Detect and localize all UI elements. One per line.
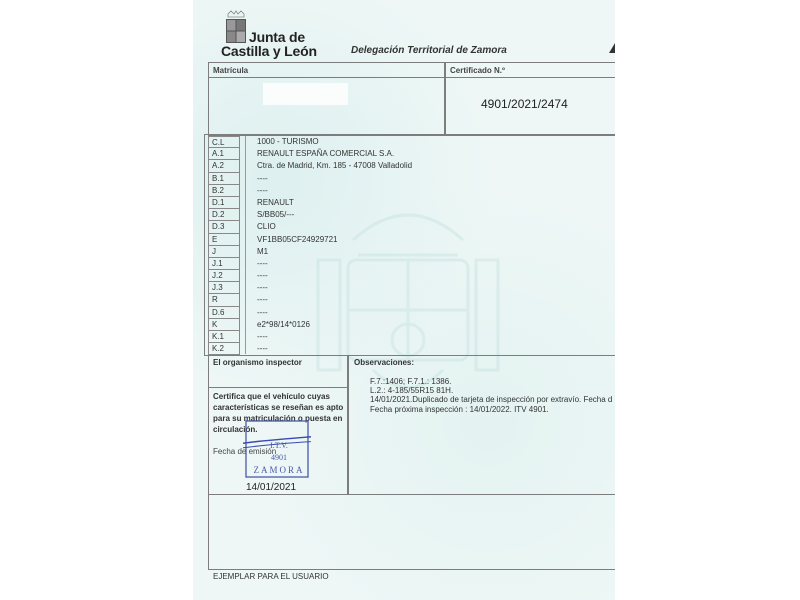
field-value: VF1BB05CF24929721 <box>257 234 338 246</box>
field-value: RENAULT ESPAÑA COMERCIAL S.A. <box>257 148 394 160</box>
field-value: ---- <box>257 294 268 306</box>
field-row: J.1---- <box>208 258 615 270</box>
field-code: B.2 <box>208 185 240 197</box>
fields-table: C.L1000 - TURISMOA.1RENAULT ESPAÑA COMER… <box>208 136 615 355</box>
corner-mark-icon <box>609 43 615 53</box>
field-row: J.3---- <box>208 282 615 294</box>
field-code: J.3 <box>208 282 240 294</box>
observacion-line: F.7.:1406; F.7.1.: 1386. <box>370 377 612 386</box>
field-row: R---- <box>208 294 615 306</box>
field-row: JM1 <box>208 246 615 258</box>
certificado-label: Certificado N.º <box>450 66 505 75</box>
svg-text:4901: 4901 <box>271 453 287 462</box>
field-code: C.L <box>208 136 240 148</box>
field-row: K.1---- <box>208 331 615 343</box>
observacion-line: L.2.: 4-185/55R15 81H. <box>370 386 612 395</box>
field-code: K <box>208 319 240 331</box>
brand-name-line2: Castilla y León <box>221 43 317 59</box>
observaciones-divider <box>348 355 349 495</box>
field-value: 1000 - TURISMO <box>257 136 319 148</box>
field-code: A.1 <box>208 148 240 160</box>
delegation-title: Delegación Territorial de Zamora <box>351 45 507 56</box>
field-code: J.1 <box>208 258 240 270</box>
field-value: ---- <box>257 173 268 185</box>
field-row: C.L1000 - TURISMO <box>208 136 615 148</box>
field-row: J.2---- <box>208 270 615 282</box>
field-value: ---- <box>257 185 268 197</box>
field-code: K.2 <box>208 343 240 355</box>
field-value: M1 <box>257 246 268 258</box>
organismo-inspector-label: El organismo inspector <box>213 358 302 367</box>
observaciones-label: Observaciones: <box>354 358 414 367</box>
itv-stamp-icon: I.T.V. 4901 ZAMORA <box>243 418 311 480</box>
field-row: D.1RENAULT <box>208 197 615 209</box>
footer-copy-label: EJEMPLAR PARA EL USUARIO <box>213 572 329 581</box>
field-row: B.1---- <box>208 173 615 185</box>
field-row: Ke2*98/14*0126 <box>208 319 615 331</box>
field-code: D.6 <box>208 307 240 319</box>
field-row: K.2---- <box>208 343 615 355</box>
field-code: D.1 <box>208 197 240 209</box>
field-code: D.2 <box>208 209 240 221</box>
field-code: A.2 <box>208 160 240 172</box>
fecha-emision-value: 14/01/2021 <box>246 482 296 493</box>
field-value: Ctra. de Madrid, Km. 185 - 47008 Vallado… <box>257 160 412 172</box>
field-value: e2*98/14*0126 <box>257 319 310 331</box>
field-row: D.6---- <box>208 307 615 319</box>
field-value: ---- <box>257 258 268 270</box>
field-row: A.1RENAULT ESPAÑA COMERCIAL S.A. <box>208 148 615 160</box>
observaciones-text: F.7.:1406; F.7.1.: 1386.L.2.: 4-185/55R1… <box>370 377 612 414</box>
field-value: ---- <box>257 270 268 282</box>
field-code: J <box>208 246 240 258</box>
observacion-line: Fecha próxima inspección : 14/01/2022. I… <box>370 405 612 414</box>
lower-divider <box>208 494 615 495</box>
field-code: J.2 <box>208 270 240 282</box>
svg-text:ZAMORA: ZAMORA <box>253 465 304 475</box>
field-value: ---- <box>257 331 268 343</box>
field-row: D.2S/BB05/--- <box>208 209 615 221</box>
header-divider <box>208 77 615 78</box>
observacion-line: 14/01/2021.Duplicado de tarjeta de inspe… <box>370 395 612 404</box>
inspection-certificate-sheet: Junta de Castilla y León Delegación Terr… <box>193 0 615 600</box>
matricula-value-redacted <box>263 83 348 105</box>
field-code: R <box>208 294 240 306</box>
field-row: D.3CLIO <box>208 221 615 233</box>
field-code: E <box>208 234 240 246</box>
field-value: ---- <box>257 282 268 294</box>
field-value: S/BB05/--- <box>257 209 294 221</box>
field-value: ---- <box>257 343 268 355</box>
field-row: A.2Ctra. de Madrid, Km. 185 - 47008 Vall… <box>208 160 615 172</box>
matricula-label: Matrícula <box>213 66 248 75</box>
field-row: B.2---- <box>208 185 615 197</box>
field-code: D.3 <box>208 221 240 233</box>
field-value: RENAULT <box>257 197 294 209</box>
certificado-number: 4901/2021/2474 <box>481 97 568 111</box>
svg-text:I.T.V.: I.T.V. <box>270 441 288 450</box>
field-value: ---- <box>257 307 268 319</box>
field-row: EVF1BB05CF24929721 <box>208 234 615 246</box>
junta-castilla-leon-logo-icon <box>223 10 249 44</box>
field-code: K.1 <box>208 331 240 343</box>
field-value: CLIO <box>257 221 276 233</box>
field-code: B.1 <box>208 173 240 185</box>
